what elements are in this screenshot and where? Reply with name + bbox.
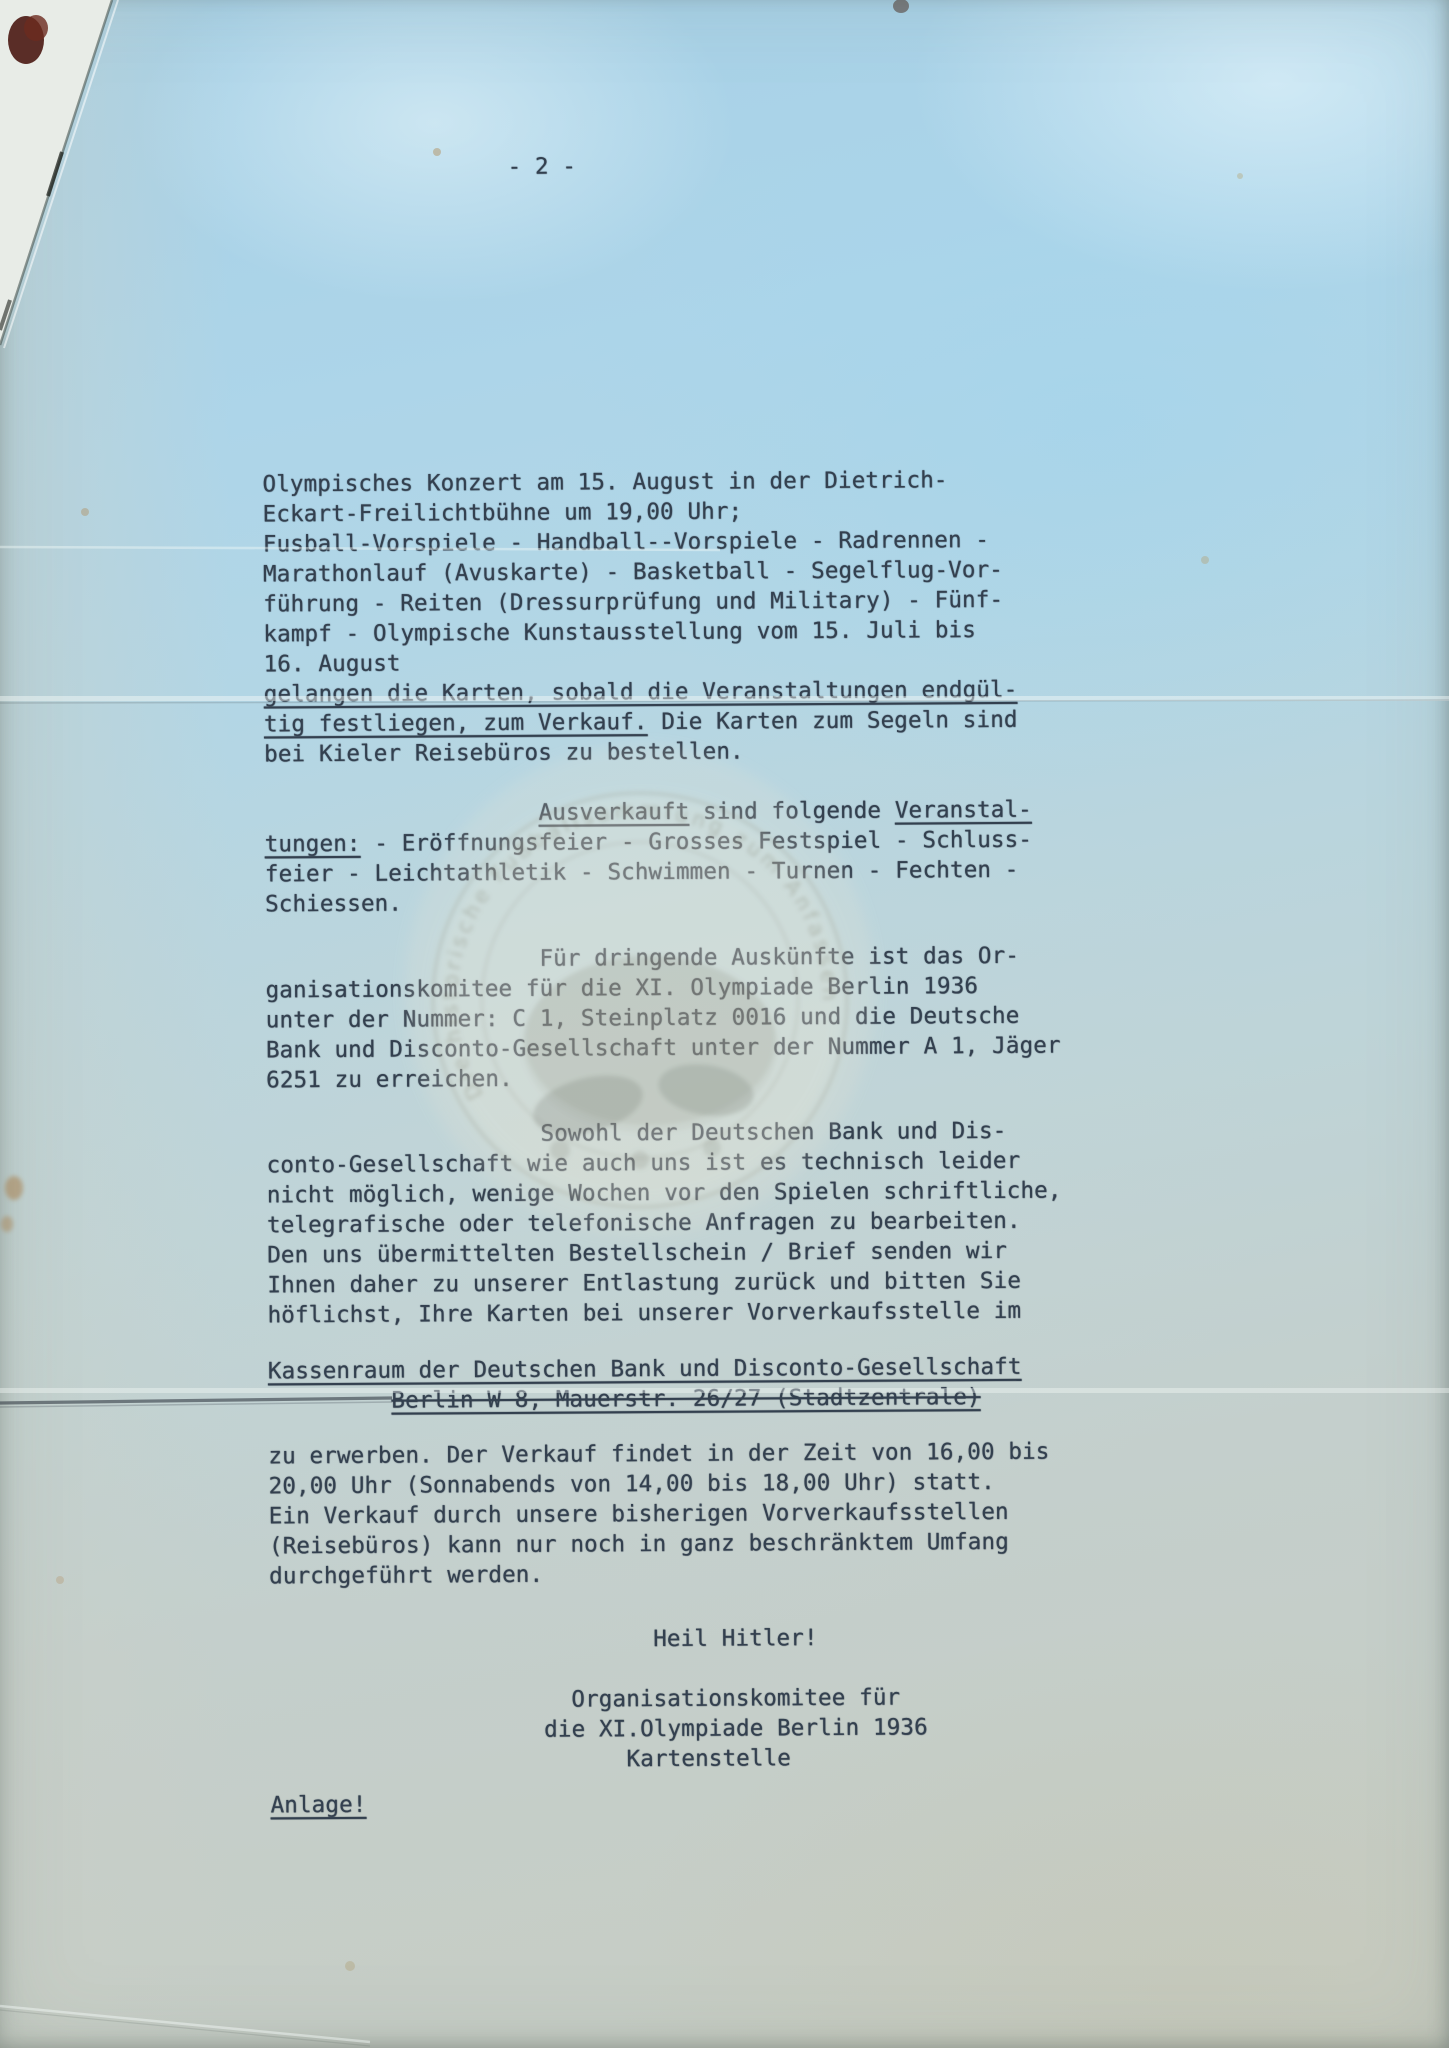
text-segment: führung - Reiten (Dressurprüfung und Mil… (263, 587, 1003, 618)
text-segment: unter der Nummer: C 1, Steinplatz 0016 u… (266, 1003, 1020, 1034)
typewritten-text-layer: - 2 - Olympisches Konzert am 15. August … (0, 0, 1449, 2048)
typewritten-line: Ihnen daher zu unserer Entlastung zurück… (267, 1266, 1062, 1301)
typewritten-line: 20,00 Uhr (Sonnabends von 14,00 bis 18,0… (268, 1467, 1049, 1502)
typewritten-line: Heil Hitler! (269, 1622, 927, 1656)
typewritten-line: Bank und Disconto-Gesellschaft unter der… (266, 1031, 1061, 1066)
text-segment: Bank und Disconto-Gesellschaft unter der… (266, 1033, 1061, 1064)
text-segment: kampf - Olympische Kunstausstellung vom … (263, 617, 976, 647)
text-segment: Sowohl der Deutschen Bank und Dis- (266, 1118, 1006, 1149)
typewritten-line: Marathonlauf (Avuskarte) - Basketball - … (263, 555, 1017, 590)
typewritten-line (270, 1652, 928, 1686)
text-segment (268, 1388, 391, 1415)
text-segment: Ein Verkauf durch unsere bisherigen Vorv… (269, 1499, 1009, 1530)
paragraph-bank-notice: Sowohl der Deutschen Bank und Dis-conto-… (266, 1116, 1062, 1331)
typewritten-line: feier - Leichtathletik - Schwimmen - Tur… (265, 855, 1033, 890)
typewritten-line: telegrafische oder telefonische Anfragen… (267, 1206, 1062, 1241)
typewritten-line: Eckart-Freilichtbühne um 19,00 Uhr; (263, 495, 1017, 530)
typewritten-line: Kartenstelle (270, 1742, 928, 1776)
text-segment: Ausverkauft (538, 799, 689, 826)
text-segment: Organisationskomitee für (270, 1685, 900, 1715)
text-segment: Ihnen daher zu unserer Entlastung zurück… (267, 1268, 1021, 1299)
text-segment: bei Kieler Reisebüros zu bestellen. (264, 739, 744, 768)
typewritten-line: 16. August (263, 645, 1017, 680)
text-segment: sind folgende (689, 798, 895, 825)
text-segment: tig festliegen, zum Verkauf. (264, 709, 648, 737)
text-segment: Veranstal- (895, 797, 1032, 824)
paragraph-sold-out: Ausverkauft sind folgende Veranstal-tung… (264, 795, 1032, 920)
text-segment: Anlage! (270, 1792, 366, 1819)
text-segment: Den uns übermittelten Bestellschein / Br… (267, 1238, 1007, 1269)
text-segment: die XI.Olympiade Berlin 1936 (270, 1714, 928, 1744)
typewritten-line: durchgeführt werden. (269, 1557, 1050, 1592)
text-segment: 20,00 Uhr (Sonnabends von 14,00 bis 18,0… (268, 1469, 994, 1499)
text-segment: (Reisebüros) kann nur noch in ganz besch… (269, 1529, 1009, 1560)
page-number: - 2 - (507, 152, 576, 182)
text-segment: conto-Gesellschaft wie auch uns ist es t… (267, 1148, 1021, 1179)
typewritten-line: Für dringende Auskünfte ist das Or- (265, 941, 1060, 976)
typewritten-line: die XI.Olympiade Berlin 1936 (270, 1712, 928, 1746)
typewritten-line: tungen: - Eröffnungsfeier - Grosses Fest… (265, 825, 1033, 860)
typewritten-line: höflichst, Ihre Karten bei unserer Vorve… (267, 1296, 1062, 1331)
paragraph-inquiries: Für dringende Auskünfte ist das Or-ganis… (265, 941, 1061, 1096)
paragraph-sale-hours: zu erwerben. Der Verkauf findet in der Z… (268, 1437, 1050, 1592)
paragraph-events-list: Olympisches Konzert am 15. August in der… (262, 465, 1017, 770)
typewritten-line: 6251 zu erreichen. (266, 1061, 1061, 1096)
typewritten-line: zu erwerben. Der Verkauf findet in der Z… (268, 1437, 1049, 1472)
text-segment: feier - Leichtathletik - Schwimmen - Tur… (265, 857, 1019, 888)
signature-closing: Heil Hitler! Organisationskomitee für di… (269, 1622, 928, 1776)
typewritten-line: bei Kieler Reisebüros zu bestellen. (264, 735, 1018, 770)
text-segment: nicht möglich, wenige Wochen vor den Spi… (267, 1178, 1062, 1209)
text-segment: zu erwerben. Der Verkauf findet in der Z… (268, 1439, 1049, 1470)
typewritten-line: (Reisebüros) kann nur noch in ganz besch… (269, 1527, 1050, 1562)
typewritten-line: Ein Verkauf durch unsere bisherigen Vorv… (269, 1497, 1050, 1532)
scanned-letter-page: - 2 - Olympisches Konzert am 15. August … (0, 0, 1449, 2048)
typewritten-line: conto-Gesellschaft wie auch uns ist es t… (267, 1146, 1062, 1181)
typewritten-line: Olympisches Konzert am 15. August in der… (262, 465, 1016, 500)
text-segment: Berlin W 8, Mauerstr. 26/27 (Stadtzentra… (391, 1384, 980, 1414)
text-segment: Heil Hitler! (269, 1625, 817, 1654)
text-segment: Eckart-Freilichtbühne um 19,00 Uhr; (263, 499, 743, 528)
typewritten-line: Fusball-Vorspiele - Handball--Vorspiele … (263, 525, 1017, 560)
typewritten-line: Organisationskomitee für (270, 1682, 928, 1716)
typewritten-line: ganisationskomitee für die XI. Olympiade… (265, 971, 1060, 1006)
typewritten-line: Schiessen. (265, 885, 1033, 920)
text-segment: Schiessen. (265, 891, 402, 918)
typewritten-line: Den uns übermittelten Bestellschein / Br… (267, 1236, 1062, 1271)
typewritten-line: Sowohl der Deutschen Bank und Dis- (266, 1116, 1061, 1151)
text-segment: ganisationskomitee für die XI. Olympiade… (265, 973, 978, 1003)
text-segment: - Eröffnungsfeier - Grosses Festspiel - … (360, 827, 1032, 857)
text-segment: Fusball-Vorspiele - Handball--Vorspiele … (263, 527, 989, 557)
typewritten-line: tig festliegen, zum Verkauf. Die Karten … (264, 705, 1018, 740)
text-segment: durchgeführt werden. (269, 1562, 543, 1590)
text-segment: telegrafische oder telefonische Anfragen… (267, 1208, 1021, 1239)
paragraph-pickup-location: Kassenraum der Deutschen Bank und Discon… (268, 1352, 1022, 1417)
typewritten-line: führung - Reiten (Dressurprüfung und Mil… (263, 585, 1017, 620)
typewritten-line: Anlage! (270, 1790, 366, 1821)
typewritten-line: gelangen die Karten, sobald die Veransta… (264, 675, 1018, 710)
typewritten-line: kampf - Olympische Kunstausstellung vom … (263, 615, 1017, 650)
text-segment: Die Karten zum Segeln sind (648, 707, 1018, 735)
typewritten-line: nicht möglich, wenige Wochen vor den Spi… (267, 1176, 1062, 1211)
typewritten-line: Berlin W 8, Mauerstr. 26/27 (Stadtzentra… (268, 1382, 1022, 1417)
text-segment: tungen: (265, 831, 361, 858)
enclosure-note: Anlage! (270, 1790, 366, 1821)
text-segment: Für dringende Auskünfte ist das Or- (265, 943, 1019, 974)
text-segment: Kassenraum der Deutschen Bank und Discon… (268, 1354, 1022, 1385)
text-segment: Kartenstelle (270, 1745, 791, 1774)
typewritten-line: unter der Nummer: C 1, Steinplatz 0016 u… (266, 1001, 1061, 1036)
text-segment: höflichst, Ihre Karten bei unserer Vorve… (267, 1298, 1021, 1329)
typewritten-line: Ausverkauft sind folgende Veranstal- (264, 795, 1032, 830)
text-segment: Marathonlauf (Avuskarte) - Basketball - … (263, 557, 1003, 588)
text-segment: gelangen die Karten, sobald die Veransta… (264, 677, 1018, 708)
text-segment: 16. August (263, 651, 400, 678)
text-segment: 6251 zu erreichen. (266, 1066, 513, 1094)
typewritten-line: Kassenraum der Deutschen Bank und Discon… (268, 1352, 1022, 1387)
text-segment: Olympisches Konzert am 15. August in der… (262, 467, 947, 497)
text-segment (264, 800, 538, 828)
